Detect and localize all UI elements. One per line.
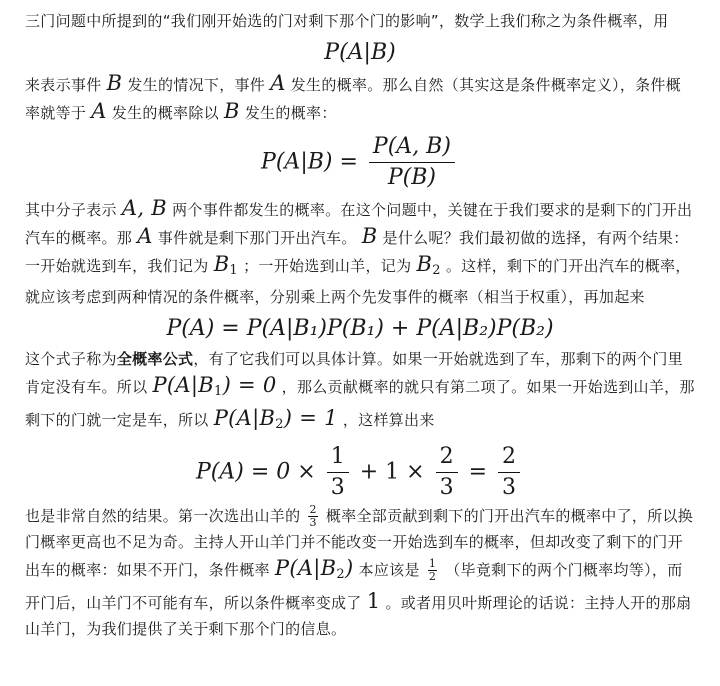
math-expression: P(A) = P(A|B₁)P(B₁) + P(A|B₂)P(B₂) bbox=[166, 316, 553, 341]
subscript: 1 bbox=[214, 384, 223, 399]
numerator: 2 bbox=[498, 442, 520, 473]
fraction-one-third: 13 bbox=[327, 442, 349, 503]
text: 也是非常自然的结果。第一次选出山羊的 bbox=[25, 507, 300, 525]
equation-result: P(A) = 0 × 13 + 1 × 23 = 23 bbox=[25, 442, 695, 503]
math-number: 1 bbox=[367, 589, 381, 613]
fraction-two-thirds: 23 bbox=[436, 442, 458, 503]
text: 其中分子表示 bbox=[25, 201, 117, 219]
math-part: ) = 0 bbox=[223, 373, 277, 397]
denominator: 3 bbox=[498, 473, 520, 503]
math-var: B bbox=[224, 99, 240, 123]
paragraph-conclusion: 也是非常自然的结果。第一次选出山羊的 23 概率全部贡献到剩下的门开出汽车的概率… bbox=[25, 503, 695, 642]
equation-total-probability: P(A) = P(A|B₁)P(B₁) + P(A|B₂)P(B₂) bbox=[25, 316, 695, 342]
math-op: + 1 × bbox=[360, 460, 425, 485]
math-part: ) bbox=[345, 556, 354, 580]
math-base: B bbox=[214, 252, 230, 276]
subscript: 2 bbox=[275, 417, 284, 432]
math-var: A bbox=[137, 224, 152, 248]
text: 发生的情况下，事件 bbox=[127, 76, 265, 94]
paragraph-intro: 三门问题中所提到的“我们刚开始选的门对剩下那个门的影响”，数学上我们称之为条件概… bbox=[25, 8, 695, 34]
subscript: 2 bbox=[432, 263, 441, 278]
text: 三门问题中所提到的“我们刚开始选的门对剩下那个门的影响”，数学上我们称之为条件概… bbox=[25, 12, 668, 30]
fraction: P(A, B) P(B) bbox=[369, 132, 455, 193]
inline-fraction-one-half: 12 bbox=[428, 558, 437, 583]
paragraph-definition: 来表示事件 B 发生的情况下，事件 A 发生的概率。那么自然（其实这是条件概率定… bbox=[25, 70, 695, 126]
text: 发生的概率： bbox=[245, 104, 337, 122]
math-var: B bbox=[107, 71, 123, 95]
article-body: 三门问题中所提到的“我们刚开始选的门对剩下那个门的影响”，数学上我们称之为条件概… bbox=[25, 8, 695, 642]
denominator: 3 bbox=[327, 473, 349, 503]
math-lhs: P(A) = 0 × bbox=[196, 460, 316, 485]
math-inline: P(A|B2) = 1 bbox=[214, 406, 338, 430]
equation-conditional-definition: P(A|B) = P(A, B) P(B) bbox=[25, 132, 695, 193]
math-var: B2 bbox=[416, 252, 440, 276]
math-expression: P(A|B) bbox=[324, 40, 395, 65]
math-var: B1 bbox=[214, 252, 238, 276]
text: 事件就是剩下那门开出汽车。 bbox=[158, 229, 357, 247]
bold-term: 全概率公式 bbox=[117, 350, 194, 368]
denominator: 2 bbox=[428, 571, 437, 583]
math-inline: P(A|B2) bbox=[275, 556, 354, 580]
text: 发生的概率除以 bbox=[112, 104, 219, 122]
math-var: B bbox=[362, 224, 378, 248]
equation-conditional-notation: P(A|B) bbox=[25, 40, 695, 66]
numerator: P(A, B) bbox=[373, 134, 451, 159]
text: 本应该是 bbox=[359, 561, 420, 579]
inline-fraction-two-thirds: 23 bbox=[308, 504, 317, 529]
math-inline: P(A|B1) = 0 bbox=[152, 373, 276, 397]
fraction-two-thirds: 23 bbox=[498, 442, 520, 503]
denominator: 3 bbox=[436, 473, 458, 503]
text: 来表示事件 bbox=[25, 76, 102, 94]
numerator: 2 bbox=[436, 442, 458, 473]
subscript: 2 bbox=[336, 567, 345, 582]
text: 这个式子称为 bbox=[25, 350, 117, 368]
math-part: P(A|B bbox=[275, 556, 337, 580]
paragraph-total-probability: 这个式子称为全概率公式，有了它我们可以具体计算。如果一开始就选到了车，那剩下的两… bbox=[25, 346, 695, 438]
math-part: P(A|B bbox=[152, 373, 214, 397]
math-part: P(A|B bbox=[214, 406, 276, 430]
math-var: A bbox=[91, 99, 106, 123]
text: ；一开始选到山羊，记为 bbox=[243, 257, 411, 275]
text: ，这样算出来 bbox=[343, 411, 435, 429]
subscript: 1 bbox=[229, 263, 238, 278]
numerator: 1 bbox=[327, 442, 349, 473]
math-lhs: P(A|B) = bbox=[261, 150, 358, 175]
denominator: P(B) bbox=[388, 165, 436, 190]
math-var: A bbox=[270, 71, 285, 95]
denominator: 3 bbox=[308, 517, 317, 529]
math-var: A, B bbox=[122, 196, 167, 220]
math-op: = bbox=[469, 460, 487, 485]
math-base: B bbox=[416, 252, 432, 276]
math-part: ) = 1 bbox=[284, 406, 338, 430]
paragraph-events: 其中分子表示 A, B 两个事件都发生的概率。在这个问题中，关键在于我们要求的是… bbox=[25, 195, 695, 310]
